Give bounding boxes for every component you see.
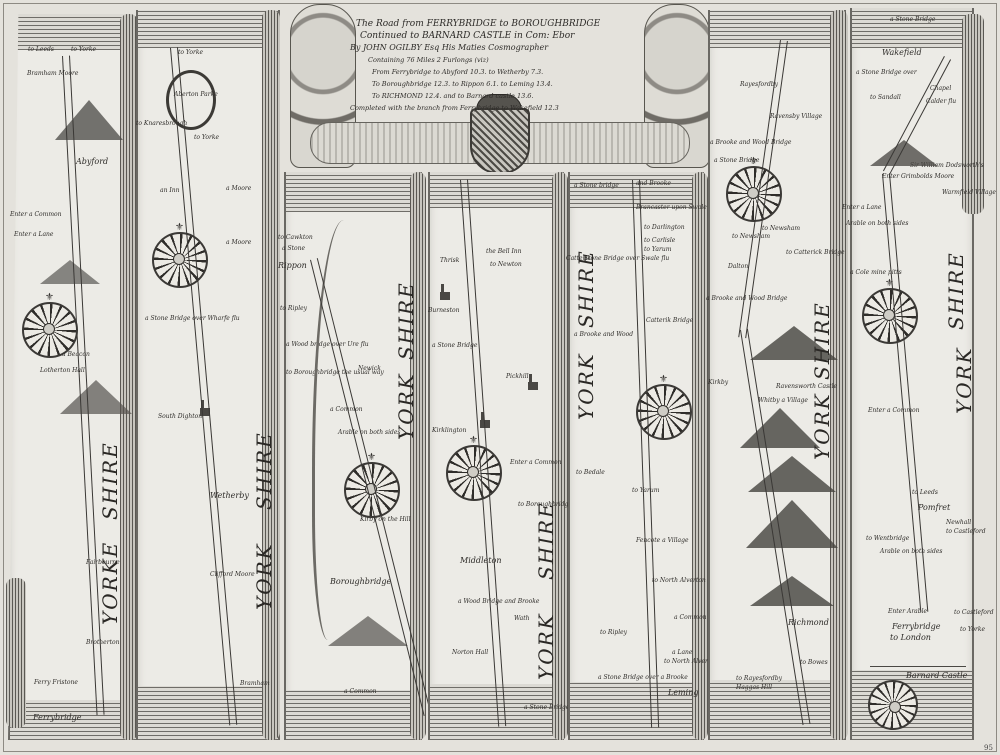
place-label: a Lane <box>672 650 692 656</box>
place-label: Haggas Hill <box>736 685 772 691</box>
strip-6-bottom-band <box>710 680 844 740</box>
place-label: Whitby a Village <box>758 398 808 404</box>
place-label: to Sandall <box>870 95 901 101</box>
place-label: Kirklington <box>432 428 466 434</box>
county-label: SHIRE <box>394 281 418 360</box>
place-label: Dalton <box>728 264 748 270</box>
place-label: to Darlington <box>644 225 685 231</box>
town-label: Leming <box>668 689 698 697</box>
county-label: YORKE <box>98 541 122 625</box>
place-label: South Dighton <box>158 414 202 420</box>
compass-rose-icon: ⚜ <box>22 302 78 358</box>
place-label: to Yorke <box>960 627 985 633</box>
place-label: Ravensby Village <box>770 114 822 120</box>
place-label: a Stone bridge <box>574 183 619 189</box>
place-label: the Bell Inn <box>486 249 522 255</box>
strip-5-roll-right <box>692 172 708 740</box>
place-label: a Stone <box>282 246 305 252</box>
county-label: YORK <box>252 542 276 610</box>
strip-7-top-band <box>852 8 972 48</box>
place-label: a Stone Bridge over <box>856 70 917 76</box>
distance-total-line: Containing 76 Miles 2 Furlongs (viz) <box>350 54 650 66</box>
place-label: a Brooke and Wood Bridge <box>710 140 791 146</box>
church-icon <box>528 382 538 390</box>
branch-line: Completed with the branch from Ferrybrid… <box>350 102 650 114</box>
place-label: Bramham <box>240 681 270 687</box>
town-label: Wakefield <box>882 49 922 57</box>
county-label: YORK <box>810 392 834 460</box>
hill-icon <box>40 260 100 284</box>
town-label: Middleton <box>460 557 501 565</box>
place-label: Warmfield Village <box>942 190 996 196</box>
strip-3-top-band <box>286 172 420 212</box>
place-label: to Ripley <box>600 630 627 636</box>
place-label: to Rayesfordby <box>736 676 782 682</box>
inset-compass-rose-icon <box>868 680 918 730</box>
strip-1-top-band <box>10 14 136 50</box>
place-label: Brancaster upon Swale <box>636 205 707 211</box>
title-line-1: The Road from FERRYBRIDGE to BOROUGHBRID… <box>350 18 650 30</box>
place-label: a Moore <box>226 240 251 246</box>
town-label: Abyford <box>76 158 108 166</box>
town-label: Ferrybridge <box>892 623 941 631</box>
church-icon <box>440 292 450 300</box>
place-label: Enter a Lane <box>14 232 53 238</box>
county-label: YORK <box>394 372 418 440</box>
place-label: a Stone Bridge over a Brooke <box>598 675 688 681</box>
strip-2-roll-right <box>262 10 280 740</box>
compass-rose-icon: ⚜ <box>862 288 918 344</box>
place-label: Wath <box>514 616 530 622</box>
place-label: Thrisk <box>440 258 459 264</box>
county-label: YORK <box>534 612 558 680</box>
place-label: Kirkby <box>708 380 728 386</box>
inset-title: Barnard Castle <box>906 672 967 680</box>
town-label: Pomfret <box>918 504 950 512</box>
strip-3-bottom-band <box>286 690 420 740</box>
strip-2-bottom-band <box>138 686 278 740</box>
place-label: to Bedale <box>576 470 605 476</box>
place-label: a Moore <box>226 186 251 192</box>
place-label: Kirby on the Hill <box>360 517 411 523</box>
distance-line-3: To RICHMOND 12.4. and to Barnard castle … <box>350 90 650 102</box>
hill-icon <box>746 500 838 548</box>
place-label: Enter Grimbolds Moore <box>882 174 954 180</box>
county-label: SHIRE <box>98 441 122 520</box>
county-label: SHIRE <box>810 301 834 380</box>
place-label: to Cawkton <box>278 235 313 241</box>
author-line: By JOHN OGILBY Esq His Maties Cosmograph… <box>350 42 650 54</box>
cartouche-text: The Road from FERRYBRIDGE to BOROUGHBRID… <box>350 18 650 114</box>
place-label: Enter a Common <box>510 460 562 466</box>
town-label: Ferrybridge <box>33 714 82 722</box>
place-label: to North Alverton <box>652 578 706 584</box>
place-label: Newhall <box>946 520 971 526</box>
county-label: SHIRE <box>534 501 558 580</box>
place-label: a Wood Bridge and Brooke <box>458 599 539 605</box>
distance-line-2: To Boroughbridge 12.3. to Rippon 6.1. to… <box>350 78 650 90</box>
place-label: to Yorke <box>71 47 96 53</box>
inset-divider <box>870 666 966 667</box>
place-label: to Carlisle <box>644 238 675 244</box>
strip-2-top-band <box>138 10 278 48</box>
strip-6-top-band <box>710 10 844 48</box>
place-label: to Newsham <box>762 226 800 232</box>
place-label: to Castleford <box>954 610 994 616</box>
place-label: Enter a Lane <box>842 205 881 211</box>
county-label: SHIRE <box>574 249 598 328</box>
place-label: to Newton <box>490 262 522 268</box>
county-label: YORK <box>574 352 598 420</box>
place-label: a Brooke and Wood <box>574 332 633 338</box>
county-label: SHIRE <box>944 251 968 330</box>
compass-rose-icon: ⚜ <box>446 445 502 501</box>
scroll-curl-right <box>962 14 984 214</box>
place-label: to Bowes <box>800 660 828 666</box>
place-label: a Common <box>344 689 377 695</box>
place-label: Enter a Common <box>868 408 920 414</box>
place-label: to Yarum <box>644 247 671 253</box>
scroll-curl-left <box>6 578 26 728</box>
compass-rose-icon: ⚜ <box>726 166 782 222</box>
place-label: Burneston <box>428 308 460 314</box>
place-label: and Brooke <box>636 181 671 187</box>
compass-rose-icon: ⚜ <box>152 232 208 288</box>
road-map-sheet: to Leeds to Yorke Bramham Moore Abyford … <box>0 0 1000 755</box>
royal-arms-crest-icon <box>470 108 530 174</box>
strip-4-top-band <box>430 172 562 208</box>
place-label: Ferry Fristone <box>34 680 78 686</box>
place-label: a Common <box>674 615 707 621</box>
place-label: Arable on both sides <box>846 221 908 227</box>
county-label: YORK <box>952 346 976 414</box>
place-label: Brotherton <box>86 640 119 646</box>
page-number: 95 <box>984 744 993 752</box>
place-label: to Catterick Bridge <box>786 250 845 256</box>
distance-line-1: From Ferrybridge to Abyford 10.3. to Wet… <box>350 66 650 78</box>
place-label: Ravensworth Castle <box>776 384 837 390</box>
place-label: a Stone Bridge <box>890 17 935 23</box>
place-label: to Yorke <box>178 50 203 56</box>
hill-icon <box>740 408 820 448</box>
county-label: SHIRE <box>252 431 276 510</box>
place-label: an Inn <box>160 188 179 194</box>
place-label: to Leeds <box>28 47 54 53</box>
hill-icon <box>750 576 834 606</box>
place-label: Norton Hall <box>452 650 488 656</box>
hill-icon <box>60 380 132 414</box>
place-label: Pickhill <box>506 374 529 380</box>
title-cartouche: The Road from FERRYBRIDGE to BOROUGHBRID… <box>290 4 710 172</box>
place-label: to Castleford <box>946 529 986 535</box>
place-label: a Stone Bridge over Wharfe flu <box>145 316 240 322</box>
title-line-2: Continued to BARNARD CASTLE in Com: Ebor <box>350 30 650 42</box>
place-label: Enter a Common <box>10 212 62 218</box>
place-label: to Wentbridge <box>866 536 909 542</box>
place-label: Arable on both sides <box>880 549 942 555</box>
place-label: to Ripley <box>280 306 307 312</box>
place-label: Catterik Bridge <box>646 318 693 324</box>
town-label: Rippon <box>278 262 307 270</box>
place-label: to London <box>890 634 931 642</box>
place-label: to Yorke <box>194 135 219 141</box>
place-label: Calder flu <box>926 99 956 105</box>
